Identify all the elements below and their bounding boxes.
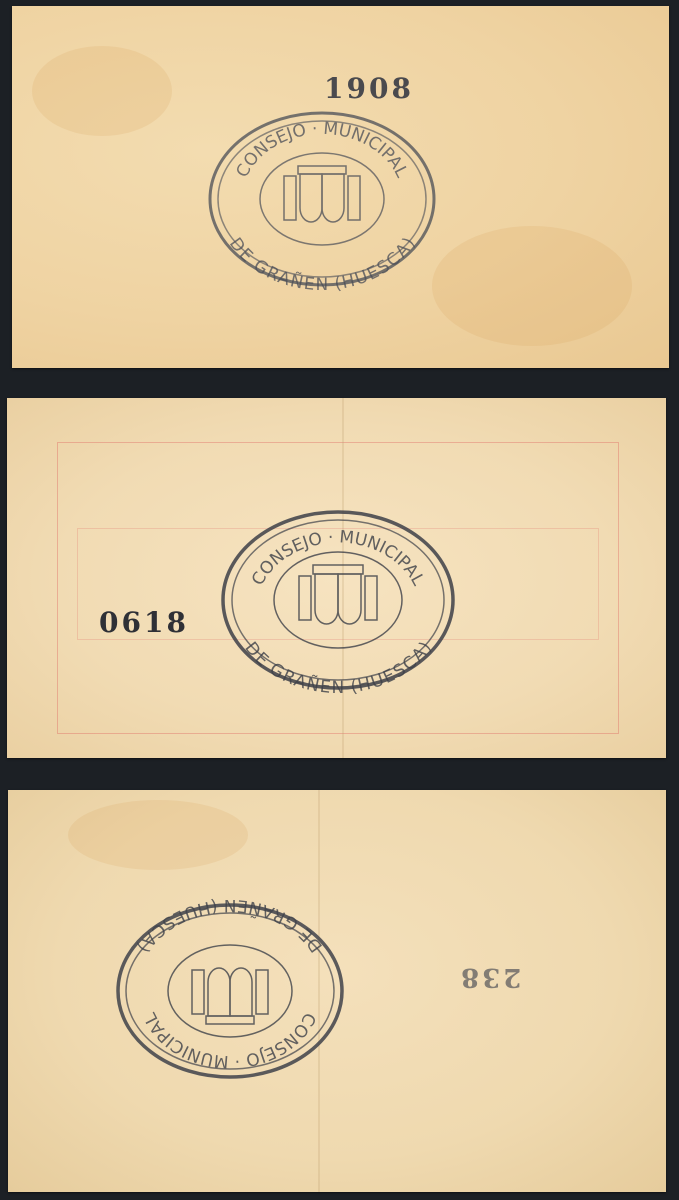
- municipal-stamp: CONSEJO · MUNICIPAL DE GRAÑEN (HUESCA): [215, 502, 461, 698]
- svg-text:DE GRAÑEN (HUESCA): DE GRAÑEN (HUESCA): [240, 638, 435, 698]
- coat-of-arms-icon: [284, 166, 360, 222]
- banknote-3: 238 CONSEJO · MUNICIPAL DE GRAÑEN (HUESC…: [8, 790, 666, 1192]
- banknote-2: 0618 CONSEJO · MUNICIPAL DE GRAÑEN (HUES…: [7, 398, 666, 758]
- stain: [68, 800, 248, 870]
- svg-text:DE GRAÑEN (HUESCA): DE GRAÑEN (HUESCA): [225, 234, 419, 294]
- serial-number: 0618: [99, 606, 189, 639]
- serial-number: 1908: [324, 72, 414, 105]
- stamp-bottom-text: DE GRAÑEN (HUESCA): [225, 234, 419, 294]
- coat-of-arms-icon: [192, 968, 268, 1024]
- banknote-1: 1908 CONSEJO · MUNICIPAL DE GRAÑEN (HUES…: [12, 6, 669, 368]
- municipal-stamp: CONSEJO · MUNICIPAL DE GRAÑEN (HUESCA): [110, 896, 350, 1086]
- coat-of-arms-icon: [299, 565, 377, 624]
- stamp-bottom-text: DE GRAÑEN (HUESCA): [133, 896, 327, 956]
- stamp-bottom-text: DE GRAÑEN (HUESCA): [240, 638, 435, 698]
- serial-number: 238: [458, 962, 521, 992]
- stain: [32, 46, 172, 136]
- svg-text:DE GRAÑEN (HUESCA): DE GRAÑEN (HUESCA): [133, 896, 327, 956]
- stain: [432, 226, 632, 346]
- municipal-stamp: CONSEJO · MUNICIPAL DE GRAÑEN (HUESCA): [202, 104, 442, 294]
